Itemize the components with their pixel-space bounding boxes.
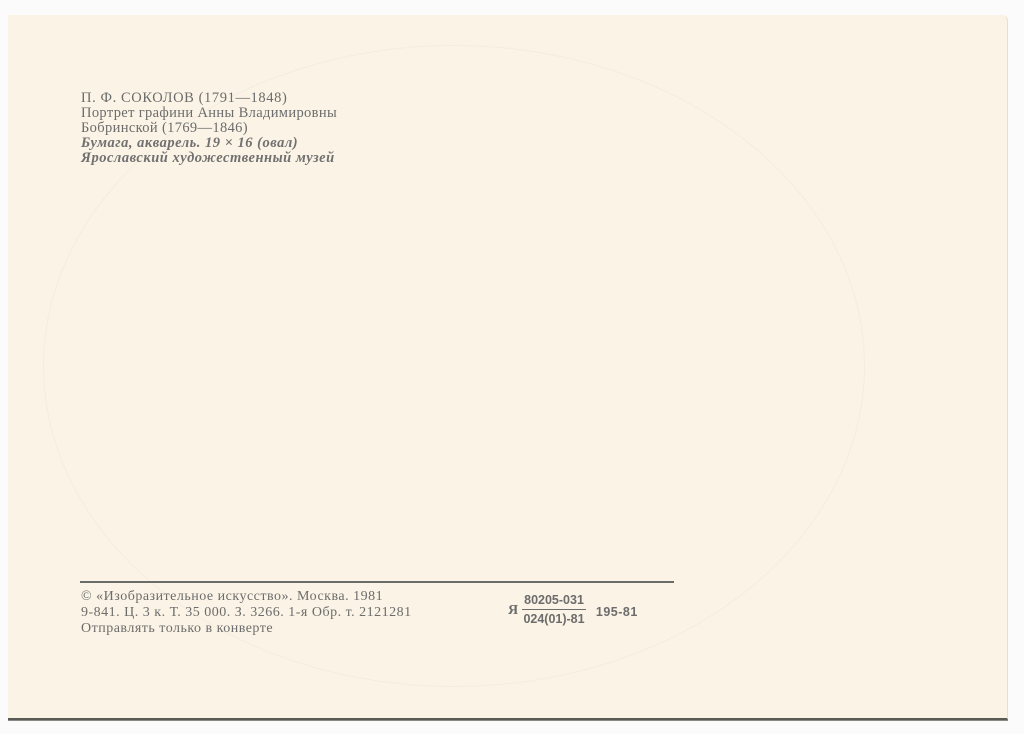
artwork-caption: П. Ф. СОКОЛОВ (1791—1848) Портрет графин… [81,91,337,166]
museum-name: Ярославский художественный музей [81,151,337,166]
artwork-title-line-1: Портрет графини Анны Владимировны [81,106,337,121]
publisher-imprint: © «Изобразительное искусство». Москва. 1… [81,589,412,637]
mailing-instruction: Отправлять только в конверте [81,621,412,637]
code-denominator: 024(01)-81 [523,610,584,627]
artist-name: П. Ф. СОКОЛОВ (1791—1848) [81,91,337,106]
artwork-title-line-2: Бобринской (1769—1846) [81,121,337,136]
postcard-back: П. Ф. СОКОЛОВ (1791—1848) Портрет графин… [8,15,1008,720]
order-number: 195-81 [596,605,638,619]
catalog-code: Я 80205-031 024(01)-81 195-81 [508,593,638,627]
artwork-medium: Бумага, акварель. 19 × 16 (овал) [81,136,337,151]
print-info-line: 9-841. Ц. 3 к. Т. 35 000. З. 3266. 1-я О… [81,605,412,621]
publisher-line: © «Изобразительное искусство». Москва. 1… [81,589,412,605]
code-numerator: 80205-031 [522,593,586,610]
code-prefix: Я [508,603,518,619]
code-fraction: 80205-031 024(01)-81 [522,593,586,627]
separator-line [80,581,674,583]
